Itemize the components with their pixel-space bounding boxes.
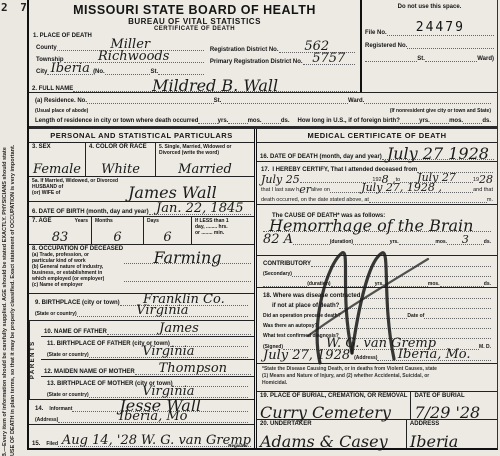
father-bp-state-label: (State or country) bbox=[47, 352, 89, 358]
contrib-yrs-label: yrs. bbox=[375, 281, 384, 287]
race-label: 4. COLOR OR RACE bbox=[89, 144, 152, 150]
registration-district-label: Registration District No. bbox=[210, 47, 279, 53]
age-months-value: 6 bbox=[95, 233, 140, 243]
parents-vertical-label: PARENTS bbox=[29, 321, 41, 399]
full-name-line: 2. FULL NAME Mildred B. Wall bbox=[29, 75, 360, 92]
file-no-label: File No. bbox=[365, 30, 387, 36]
undertaker-row: 20. UNDERTAKER Adams & Casey ADDRESS Ibe… bbox=[257, 420, 497, 448]
cause-ds-label: ds. bbox=[484, 239, 491, 245]
sex-label: 3. SEX bbox=[32, 144, 82, 150]
footnote-line-2: (1) Means and Nature of Injury, and (2) … bbox=[262, 373, 492, 380]
city-line: City Iberia (No. St. bbox=[33, 63, 207, 75]
age-years-value: 83 bbox=[32, 233, 88, 243]
occupation-c: (c) Name of employer bbox=[32, 282, 251, 288]
burial-place-value: Curry Cemetery bbox=[260, 408, 407, 418]
marital-value: Married bbox=[159, 165, 251, 175]
file-no-line: File No. 24479 bbox=[362, 20, 497, 36]
operation-label: Did an operation precede death? bbox=[263, 313, 341, 319]
main-columns: PERSONAL AND STATISTICAL PARTICULARS 3. … bbox=[29, 129, 497, 448]
cause-of-death-value: Hemorrhage of the Brain bbox=[263, 221, 491, 232]
registration-numbers: Registration District No. 562 Primary Re… bbox=[207, 33, 358, 75]
race-value: White bbox=[89, 165, 152, 175]
dob-label: 6. DATE OF BIRTH (month, day and year) bbox=[32, 209, 149, 215]
question-18-block: 18. Where was disease contracted if not … bbox=[257, 288, 497, 364]
informant-address-label: (Address) bbox=[35, 417, 58, 423]
dotted-line bbox=[339, 300, 491, 309]
dotted-line bbox=[87, 95, 214, 104]
abode-line: (Usual place of abode) (If nonresident g… bbox=[32, 104, 494, 114]
death-occurred-text: death occurred, on the date stated above… bbox=[261, 197, 369, 203]
father-name-row: 10. NAME OF FATHER James bbox=[41, 321, 254, 338]
length-label: Length of residence in city or town wher… bbox=[35, 118, 198, 124]
last-seen-date: July 27, 1928 , bbox=[330, 184, 473, 193]
signature-date: July 27, 1928 bbox=[263, 351, 350, 361]
dotted-line bbox=[105, 66, 151, 75]
dob-row: 6. DATE OF BIRTH (month, day and year) J… bbox=[29, 202, 254, 217]
father-name-label: 10. NAME OF FATHER bbox=[44, 329, 107, 335]
st-ward-line: St. Ward) bbox=[362, 49, 497, 62]
dob-value: Jan. 22, 1845 bbox=[149, 204, 251, 215]
dotted-line bbox=[341, 310, 408, 319]
father-name-value: James bbox=[107, 324, 251, 335]
dotted-line bbox=[331, 278, 375, 287]
burial-date-value: 7/29 '28 bbox=[414, 408, 494, 418]
residence-ward-label: Ward. bbox=[348, 98, 364, 104]
place-of-death-left: 1. PLACE OF DEATH County Miller Township… bbox=[33, 33, 207, 75]
full-name-value: Mildred B. Wall bbox=[73, 81, 357, 92]
nonresident-label: (If nonresident give city or town and St… bbox=[390, 108, 491, 114]
certify-number: 17. bbox=[261, 167, 269, 173]
dotted-line bbox=[221, 95, 348, 104]
age-row: 7. AGE Years 83 Months 6 Days 6 If bbox=[29, 217, 254, 245]
date-of-death-row: 16. DATE OF DEATH (month, day and year) … bbox=[257, 143, 497, 162]
date-of-death-label: 16. DATE OF DEATH (month, day and year) bbox=[260, 154, 382, 160]
race-cell: 4. COLOR OR RACE White bbox=[85, 143, 155, 176]
cause-yrs-label: yrs. bbox=[390, 239, 399, 245]
dotted-line bbox=[425, 53, 477, 62]
contributory-label: CONTRIBUTORY bbox=[263, 261, 311, 267]
dotted-line bbox=[158, 66, 204, 75]
filed-label: Filed bbox=[46, 441, 58, 447]
footnote-block: *State the Disease Causing Death, or in … bbox=[257, 364, 497, 392]
undertaker-address-label: ADDRESS bbox=[410, 421, 494, 427]
cause-code-value: 82 A bbox=[263, 235, 293, 245]
sex-cell: 3. SEX Female bbox=[29, 143, 85, 176]
birthplace-state-line: (State or country) Virginia bbox=[32, 306, 251, 317]
undertaker-cell: 20. UNDERTAKER Adams & Casey bbox=[257, 420, 406, 448]
months-label: Months bbox=[95, 218, 140, 224]
howlong-label: How long in U.S., if of foreign birth? bbox=[298, 118, 400, 124]
footnote-line-3: Homicidal. bbox=[262, 380, 492, 387]
contributory-block: CONTRIBUTORY (Secondary) (duration) yrs.… bbox=[257, 256, 497, 288]
marital-cell: 5. Single, Married, Widowed or Divorced … bbox=[155, 143, 254, 176]
burial-place-cell: 19. PLACE OF BURIAL, CREMATION, OR REMOV… bbox=[257, 392, 410, 419]
birthplace-state-value: Virginia bbox=[77, 306, 248, 317]
occupation-a: (a) Trade, profession, or particular kin… bbox=[32, 252, 251, 264]
dotted-line bbox=[292, 268, 491, 277]
city-label: City bbox=[36, 69, 47, 75]
burial-date-cell: DATE OF BURIAL 7/29 '28 bbox=[410, 392, 497, 419]
dotted-line bbox=[198, 115, 217, 124]
sex-value: Female bbox=[32, 165, 82, 175]
margin-note-line2: CAUSE OF DEATH in plain terms, so that i… bbox=[9, 28, 17, 456]
filed-date-value: Aug 14, '28 bbox=[58, 436, 141, 447]
city-no-label: (No. bbox=[93, 69, 105, 75]
dotted-line bbox=[399, 236, 436, 245]
father-bp-state-value: Virginia bbox=[89, 347, 248, 358]
less-line-3: or ........ min. bbox=[195, 230, 251, 236]
dotted-line bbox=[364, 95, 491, 104]
cause-mos-label: mos. bbox=[435, 239, 447, 245]
last-saw-text: that I last saw h bbox=[261, 187, 299, 193]
occupation-value: Farming bbox=[124, 253, 251, 264]
contrib-ds-label: ds. bbox=[484, 281, 491, 287]
registered-no-label: Registered No. bbox=[365, 43, 407, 49]
parents-rows: 10. NAME OF FATHER James 11. BIRTHPLACE … bbox=[41, 321, 254, 399]
spouse-label-3: (or) WIFE of bbox=[32, 190, 128, 196]
length-of-residence-line: Length of residence in city or town wher… bbox=[32, 114, 494, 124]
years-label: Years bbox=[75, 218, 88, 224]
personal-section-title: PERSONAL AND STATISTICAL PARTICULARS bbox=[29, 129, 254, 143]
age-less-cell: If LESS than 1 day, ........ hrs. or ...… bbox=[191, 217, 254, 244]
form-titles: MISSOURI STATE BOARD OF HEALTH BUREAU OF… bbox=[29, 0, 360, 32]
spouse-value: James Wall bbox=[128, 188, 217, 198]
dotted-line bbox=[311, 258, 491, 267]
contributory-secondary-label: (Secondary) bbox=[263, 271, 292, 277]
file-no-value: 24479 bbox=[387, 20, 494, 36]
mother-name-row: 12. MAIDEN NAME OF MOTHER Thompson bbox=[41, 360, 254, 377]
top-section: MISSOURI STATE BOARD OF HEALTH BUREAU OF… bbox=[29, 0, 497, 92]
dotted-line bbox=[124, 273, 251, 282]
marital-label-2: Divorced (write the word) bbox=[159, 150, 251, 156]
burial-date-label: DATE OF BURIAL bbox=[414, 393, 494, 399]
residence-label: (a) Residence. No. bbox=[35, 98, 87, 104]
primary-district-line: Primary Registration District No. 5757 bbox=[207, 53, 358, 65]
sex-race-marital-row: 3. SEX Female 4. COLOR OR RACE White 5. … bbox=[29, 143, 254, 177]
birthplace-state-label: (State or country) bbox=[35, 311, 77, 317]
mos-label: mos. bbox=[248, 118, 262, 124]
city-value: Iberia bbox=[47, 64, 93, 75]
dotted-line bbox=[369, 194, 487, 203]
undertaker-value: Adams & Casey bbox=[260, 437, 403, 447]
dotted-line bbox=[263, 278, 307, 287]
ds-label2: ds. bbox=[482, 118, 491, 124]
ward-label: Ward) bbox=[477, 56, 494, 62]
date-of-death-value: July 27 1928 bbox=[382, 149, 494, 160]
burial-place-label: 19. PLACE OF BURIAL, CREMATION, OR REMOV… bbox=[260, 393, 407, 399]
mos-label2: mos. bbox=[449, 118, 463, 124]
informant-row: 14. Informant Jesse Wall (Address) Iberi… bbox=[29, 400, 254, 426]
occ-c-label: (c) Name of employer bbox=[32, 282, 83, 288]
and-that-text: and that bbox=[473, 187, 493, 193]
age-label: 7. AGE bbox=[32, 218, 51, 224]
date-of-label: Date of bbox=[407, 313, 424, 319]
filed-number: 15. bbox=[32, 441, 40, 447]
dotted-line bbox=[400, 115, 419, 124]
contrib-duration-label: (duration) bbox=[307, 281, 330, 287]
place-of-death-section: 1. PLACE OF DEATH County Miller Township… bbox=[29, 32, 360, 75]
cause-of-death-block: The CAUSE OF DEATH* was as follows: Hemo… bbox=[257, 205, 497, 256]
dotted-line bbox=[353, 236, 390, 245]
undertaker-address-cell: ADDRESS Iberia bbox=[406, 420, 497, 448]
age-years-cell: 7. AGE Years 83 bbox=[29, 217, 91, 244]
dotted-line bbox=[424, 310, 491, 319]
signature-address-label: (Address) bbox=[354, 355, 377, 361]
primary-district-value: 5757 bbox=[303, 54, 355, 65]
residence-section: (a) Residence. No. St. Ward. (Usual plac… bbox=[29, 92, 497, 129]
dotted-line bbox=[407, 40, 494, 49]
board-title: MISSOURI STATE BOARD OF HEALTH bbox=[29, 3, 360, 17]
filed-row: 15. Filed Aug 14, '28 W. G. van Gremp Re… bbox=[29, 425, 254, 448]
dotted-line bbox=[262, 115, 281, 124]
informant-number: 14. bbox=[35, 406, 43, 412]
undertaker-address-value: Iberia bbox=[410, 437, 494, 447]
q18-line-2: if not at place of death? bbox=[272, 303, 339, 309]
personal-column: PERSONAL AND STATISTICAL PARTICULARS 3. … bbox=[29, 129, 257, 448]
dotted-line bbox=[384, 278, 428, 287]
birthplace-row: 9. BIRTHPLACE (city or town) Franklin Co… bbox=[29, 294, 254, 321]
footnote-line-1: *State the Disease Causing Death, or in … bbox=[262, 366, 492, 373]
cause-days-value: 3 bbox=[447, 236, 484, 245]
age-days-value: 6 bbox=[147, 233, 188, 243]
spouse-row: 5a. If Married, Widowed, or Divorced HUS… bbox=[29, 177, 254, 202]
undertaker-label: 20. UNDERTAKER bbox=[260, 421, 403, 427]
top-left: MISSOURI STATE BOARD OF HEALTH BUREAU OF… bbox=[29, 0, 360, 92]
age-days-cell: Days 6 bbox=[143, 217, 191, 244]
mother-name-label: 12. MAIDEN NAME OF MOTHER bbox=[44, 369, 135, 375]
medical-section-title: MEDICAL CERTIFICATE OF DEATH bbox=[257, 129, 497, 143]
spouse-labels: 5a. If Married, Widowed, or Divorced HUS… bbox=[32, 178, 128, 200]
alive-on-text: alive on bbox=[311, 187, 330, 193]
certify-block: 17. I HEREBY CERTIFY, That I attended de… bbox=[257, 162, 497, 205]
residence-line: (a) Residence. No. St. Ward. bbox=[32, 94, 494, 104]
dotted-line bbox=[463, 115, 482, 124]
year-hw-2: 28 bbox=[479, 176, 493, 183]
certificate-form: MISSOURI STATE BOARD OF HEALTH BUREAU OF… bbox=[27, 0, 498, 450]
q18-line-1: 18. Where was disease contracted bbox=[263, 293, 360, 299]
dotted-line bbox=[360, 290, 491, 299]
medical-column: MEDICAL CERTIFICATE OF DEATH 16. DATE OF… bbox=[257, 129, 497, 448]
death-certificate-scan: 2 7 1928 N. B.—Every item of information… bbox=[0, 0, 500, 456]
abode-label: (Usual place of abode) bbox=[35, 108, 88, 114]
burial-row: 19. PLACE OF BURIAL, CREMATION, OR REMOV… bbox=[257, 392, 497, 420]
certify-line-1: I HEREBY CERTIFY, That I attended deceas… bbox=[272, 167, 417, 173]
registered-no-line: Registered No. bbox=[362, 36, 497, 49]
father-birthplace-row: 11. BIRTHPLACE OF FATHER (city or town) … bbox=[41, 337, 254, 360]
dotted-line bbox=[365, 53, 417, 62]
autopsy-label: Was there an autopsy? bbox=[263, 323, 318, 329]
m-label: m. bbox=[487, 197, 493, 203]
margin-note-line1: N. B.—Every item of information should b… bbox=[1, 28, 9, 456]
attended-from-value: July 25 bbox=[261, 176, 300, 183]
parents-block: PARENTS 10. NAME OF FATHER James 11. BIR… bbox=[29, 321, 254, 400]
dotted-line bbox=[293, 236, 330, 245]
ds-label: ds. bbox=[281, 118, 290, 124]
mother-name-value: Thompson bbox=[135, 364, 251, 375]
mother-bp-state-label: (State or country) bbox=[47, 392, 89, 398]
residence-st-label: St. bbox=[214, 98, 222, 104]
st-label: St. bbox=[417, 56, 425, 62]
last-saw-her: er bbox=[299, 186, 311, 193]
dotted-line bbox=[318, 320, 491, 329]
bureau-subtitle: BUREAU OF VITAL STATISTICS bbox=[29, 17, 360, 26]
duration-label: (duration) bbox=[330, 239, 353, 245]
occupation-row: 8. OCCUPATION OF DECEASED (a) Trade, pro… bbox=[29, 245, 254, 294]
file-number-box: Do not use this space. File No. 24479 Re… bbox=[360, 0, 497, 92]
age-months-cell: Months 6 bbox=[91, 217, 143, 244]
signature-address-value: Iberia, Mo. bbox=[377, 350, 491, 361]
informant-address-value: Iberia, Mo bbox=[58, 412, 248, 423]
dotted-line bbox=[440, 278, 484, 287]
do-not-use-label: Do not use this space. bbox=[362, 2, 497, 20]
yrs-label: yrs. bbox=[218, 118, 229, 124]
contrib-mos-label: mos. bbox=[428, 281, 440, 287]
primary-district-label: Primary Registration District No. bbox=[210, 59, 303, 65]
city-st-label: St. bbox=[150, 69, 158, 75]
yrs-label2: yrs. bbox=[419, 118, 430, 124]
margin-instructions: N. B.—Every item of information should b… bbox=[1, 28, 23, 456]
dotted-line bbox=[228, 115, 247, 124]
days-label: Days bbox=[147, 218, 188, 224]
registrar-label: Registrar bbox=[228, 443, 248, 448]
county-label: County bbox=[36, 45, 57, 51]
dotted-line bbox=[430, 115, 449, 124]
